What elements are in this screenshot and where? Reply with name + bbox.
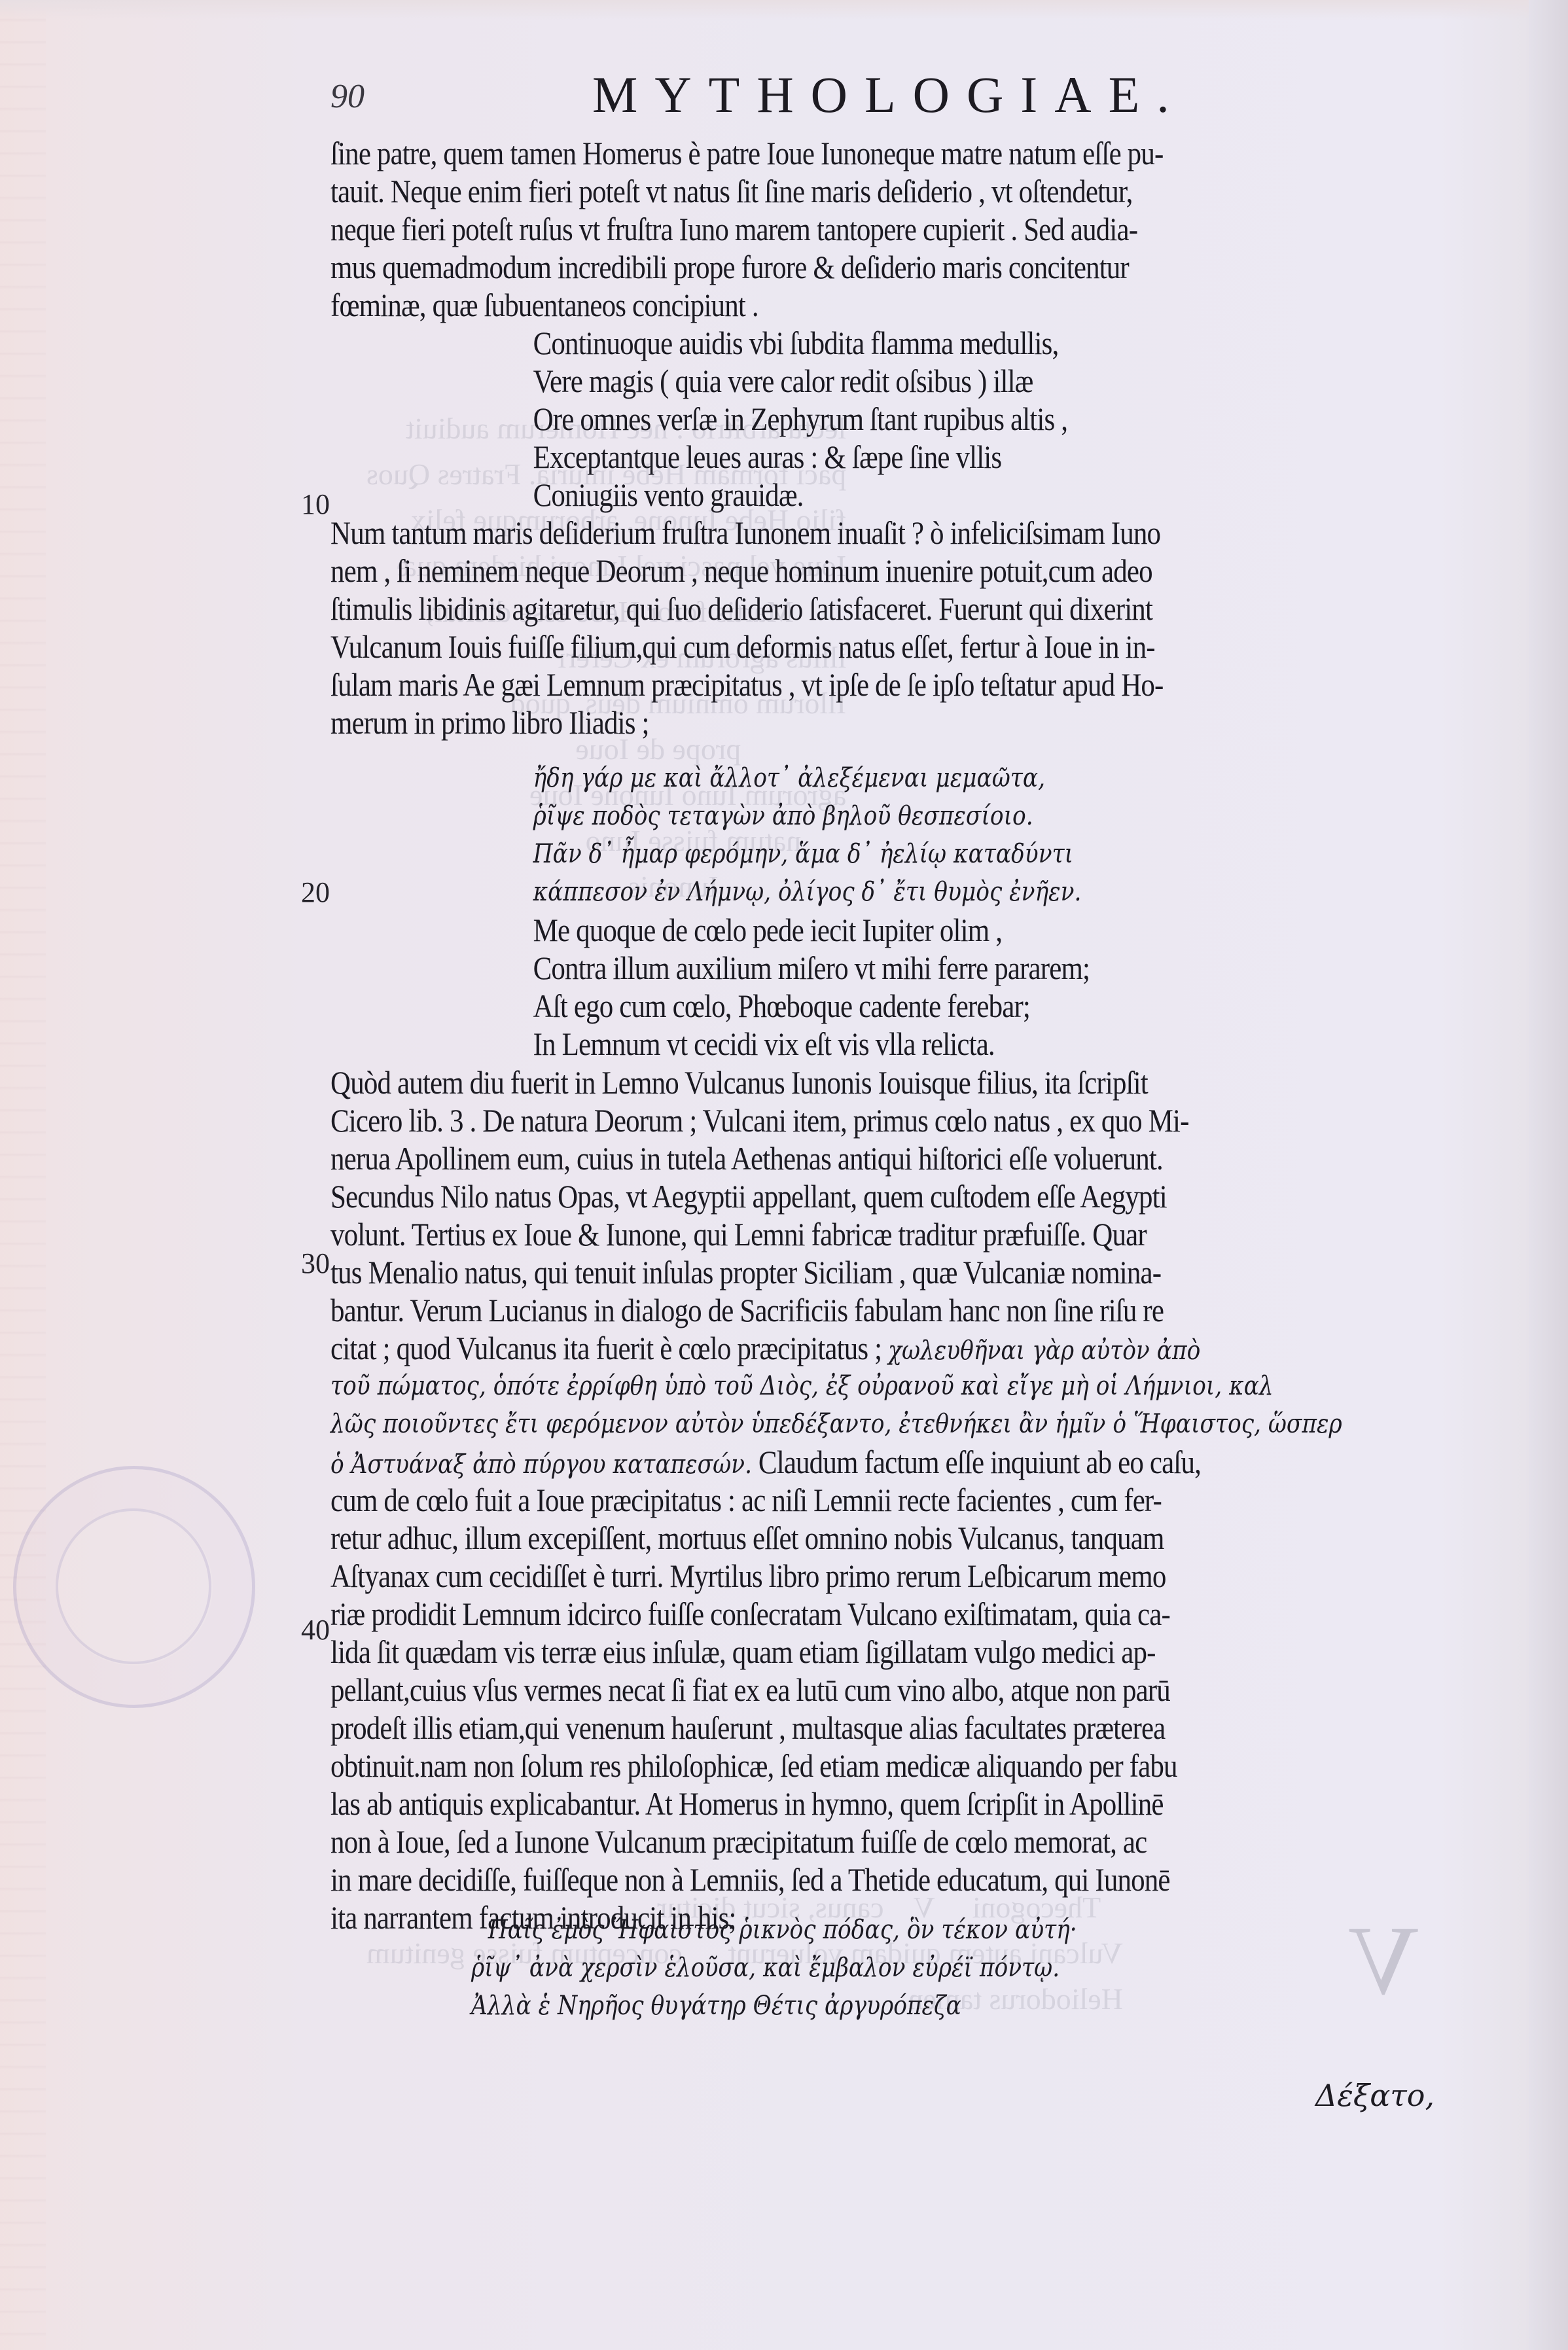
text-line: prodeſt illis etiam,qui venenum hauſerun… bbox=[330, 1709, 1389, 1747]
paragraph: Quòd autem diu fuerit in Lemno Vulcanus … bbox=[330, 1063, 1561, 1936]
verse-line: Exceptantque leues auras : & ſæpe ſine v… bbox=[330, 438, 1389, 476]
text-line: Secundus Nilo natus Opas, vt Aegyptii ap… bbox=[330, 1177, 1389, 1215]
text-line: mus quemadmodum incredibili prope furore… bbox=[330, 248, 1389, 286]
verse-line: Coniugiis vento grauidæ. bbox=[330, 476, 1389, 514]
text-line: Quòd autem diu fuerit in Lemno Vulcanus … bbox=[330, 1063, 1389, 1101]
text-line: Vulcanum Iouis fuiſſe filium,qui cum def… bbox=[330, 628, 1389, 666]
text-line: non à Ioue, ſed a Iunone Vulcanum præcip… bbox=[330, 1823, 1389, 1860]
text-line: Cicero lib. 3 . De natura Deorum ; Vulca… bbox=[330, 1101, 1389, 1139]
page-number: 90 bbox=[330, 77, 365, 116]
text-line: nem , ſi neminem neque Deorum , neque ho… bbox=[330, 552, 1389, 590]
verse-quotation: Me quoque de cœlo pede iecit Iupiter oli… bbox=[330, 911, 1561, 1063]
margin-line-number: 10 bbox=[301, 488, 330, 521]
paragraph: Num tantum maris deſiderium fruſtra Iuno… bbox=[330, 514, 1561, 741]
greek-verse-line: Παῖς ἐμὸς Ἥφαιστος ῥικνὸς πόδας, ὃν τέκο… bbox=[330, 1911, 1389, 1949]
text-line: obtinuit.nam non ſolum res philoſophicæ,… bbox=[330, 1747, 1389, 1785]
greek-quotation: ἤδη γάρ με καὶ ἄλλοτ᾽ ἀλεξέμεναι μεμαῶτα… bbox=[330, 759, 1561, 911]
page-header: 90 MYTHOLOGIAE. bbox=[330, 65, 1443, 131]
text-segment: citat ; quod Vulcanus ita fuerit è cœlo … bbox=[330, 1330, 882, 1366]
verse-line: Aſt ego cum cœlo, Phœboque cadente fereb… bbox=[330, 987, 1389, 1025]
library-stamp bbox=[13, 1466, 255, 1708]
text-line: Aſtyanax cum cecidiſſet è turri. Myrtilu… bbox=[330, 1557, 1389, 1595]
greek-quotation: Παῖς ἐμὸς Ἥφαιστος ῥικνὸς πόδας, ὃν τέκο… bbox=[330, 1911, 1561, 2025]
book-page: lectu arbitrio : nec Homerum audiuit pac… bbox=[0, 0, 1568, 2350]
greek-verse-line: κάππεσον ἐν Λήμνῳ, ὀλίγος δ᾽ ἔτι θυμὸς ἐ… bbox=[330, 873, 1389, 911]
verse-line: Contra illum auxilium miſero vt mihi fer… bbox=[330, 949, 1389, 987]
greek-verse-line: ῥῖψε ποδὸς τεταγὼν ἀπὸ βηλοῦ θεσπεσίοιο. bbox=[330, 797, 1389, 835]
verse-line: Me quoque de cœlo pede iecit Iupiter oli… bbox=[330, 911, 1389, 949]
text-line: nerua Apollinem eum, cuius in tutela Aet… bbox=[330, 1139, 1389, 1177]
running-head: MYTHOLOGIAE. bbox=[592, 65, 1186, 124]
catchword: Δέξατο, bbox=[1315, 2078, 1434, 2113]
text-line: Num tantum maris deſiderium fruſtra Iuno… bbox=[330, 514, 1389, 552]
text-line: fœminæ, quæ ſubuentaneos concipiunt . bbox=[330, 286, 1389, 324]
text-line: tauit. Neque enim fieri poteſt vt natus … bbox=[330, 172, 1389, 210]
greek-inline: ὁ Ἀστυάναξ ἀπὸ πύργου καταπεσών. bbox=[330, 1450, 752, 1480]
greek-verse-line: ἤδη γάρ με καὶ ἄλλοτ᾽ ἀλεξέμεναι μεμαῶτα… bbox=[330, 759, 1389, 797]
page-top-edge bbox=[0, 0, 1568, 20]
page-gutter bbox=[0, 0, 46, 2350]
text-segment: Claudum factum eſſe inquiunt ab eo caſu, bbox=[758, 1444, 1201, 1480]
greek-verse-line: Ἀλλὰ ἑ Νηρῆος θυγάτηρ Θέτις ἀργυρόπεζα bbox=[330, 1987, 1389, 2025]
margin-line-number: 40 bbox=[301, 1613, 330, 1647]
verse-line: Ore omnes verſæ in Zephyrum ſtant rupibu… bbox=[330, 400, 1389, 438]
text-line: merum in primo libro Iliadis ; bbox=[330, 703, 1389, 741]
margin-line-number: 20 bbox=[301, 876, 330, 909]
greek-text-line: λῶς ποιοῦντες ἔτι φερόμενον αὐτὸν ὑπεδέξ… bbox=[330, 1405, 1389, 1443]
text-line: riæ prodidit Lemnum idcirco fuiſſe conſe… bbox=[330, 1595, 1389, 1633]
text-line: bantur. Verum Lucianus in dialogo de Sac… bbox=[330, 1291, 1389, 1329]
text-line: ſtimulis libidinis agitaretur, qui ſuo d… bbox=[330, 590, 1389, 628]
text-line: ὁ Ἀστυάναξ ἀπὸ πύργου καταπεσών. Claudum… bbox=[330, 1443, 1389, 1481]
text-line: ſulam maris Ae gæi Lemnum præcipitatus ,… bbox=[330, 666, 1389, 703]
verse-line: Continuoque auidis vbi ſubdita flamma me… bbox=[330, 324, 1389, 362]
greek-text-line: τοῦ πώματος, ὁπότε ἐρρίφθη ὑπὸ τοῦ Διὸς,… bbox=[330, 1367, 1389, 1405]
verse-line: In Lemnum vt cecidi vix eſt vis vlla rel… bbox=[330, 1025, 1389, 1063]
text-line: lida ſit quædam vis terræ eius inſulæ, q… bbox=[330, 1633, 1389, 1671]
greek-inline: χωλευθῆναι γὰρ αὐτὸν ἀπὸ bbox=[888, 1336, 1200, 1366]
verse-line: Vere magis ( quia vere calor redit oſsib… bbox=[330, 362, 1389, 400]
text-line: neque fieri poteſt ruſus vt fruſtra Iuno… bbox=[330, 210, 1389, 248]
text-line: citat ; quod Vulcanus ita fuerit è cœlo … bbox=[330, 1329, 1389, 1367]
greek-verse-line: Πᾶν δ᾽ ἦμαρ φερόμην, ἅμα δ᾽ ἠελίῳ καταδύ… bbox=[330, 835, 1389, 873]
text-line: tus Menalio natus, qui tenuit inſulas pr… bbox=[330, 1253, 1389, 1291]
text-line: volunt. Tertius ex Ioue & Iunone, qui Le… bbox=[330, 1215, 1389, 1253]
greek-verse-line: ῥῖψ᾽ ἀνὰ χερσὶν ἑλοῦσα, καὶ ἔμβαλον εὐρέ… bbox=[330, 1949, 1389, 1987]
margin-line-number: 30 bbox=[301, 1247, 330, 1280]
text-line: retur adhuc, illum excepiſſent, mortuus … bbox=[330, 1519, 1389, 1557]
verse-quotation: Continuoque auidis vbi ſubdita flamma me… bbox=[330, 324, 1561, 514]
paragraph: ſine patre, quem tamen Homerus è patre I… bbox=[330, 134, 1561, 324]
text-line: ſine patre, quem tamen Homerus è patre I… bbox=[330, 134, 1389, 172]
text-line: las ab antiquis explicabantur. At Homeru… bbox=[330, 1785, 1389, 1823]
text-line: pellant,cuius vſus vermes necat ſi fiat … bbox=[330, 1671, 1389, 1709]
text-line: in mare decidiſſe, fuiſſeque non à Lemni… bbox=[330, 1860, 1389, 1898]
text-line: cum de cœlo fuit a Ioue præcipitatus : a… bbox=[330, 1481, 1389, 1519]
